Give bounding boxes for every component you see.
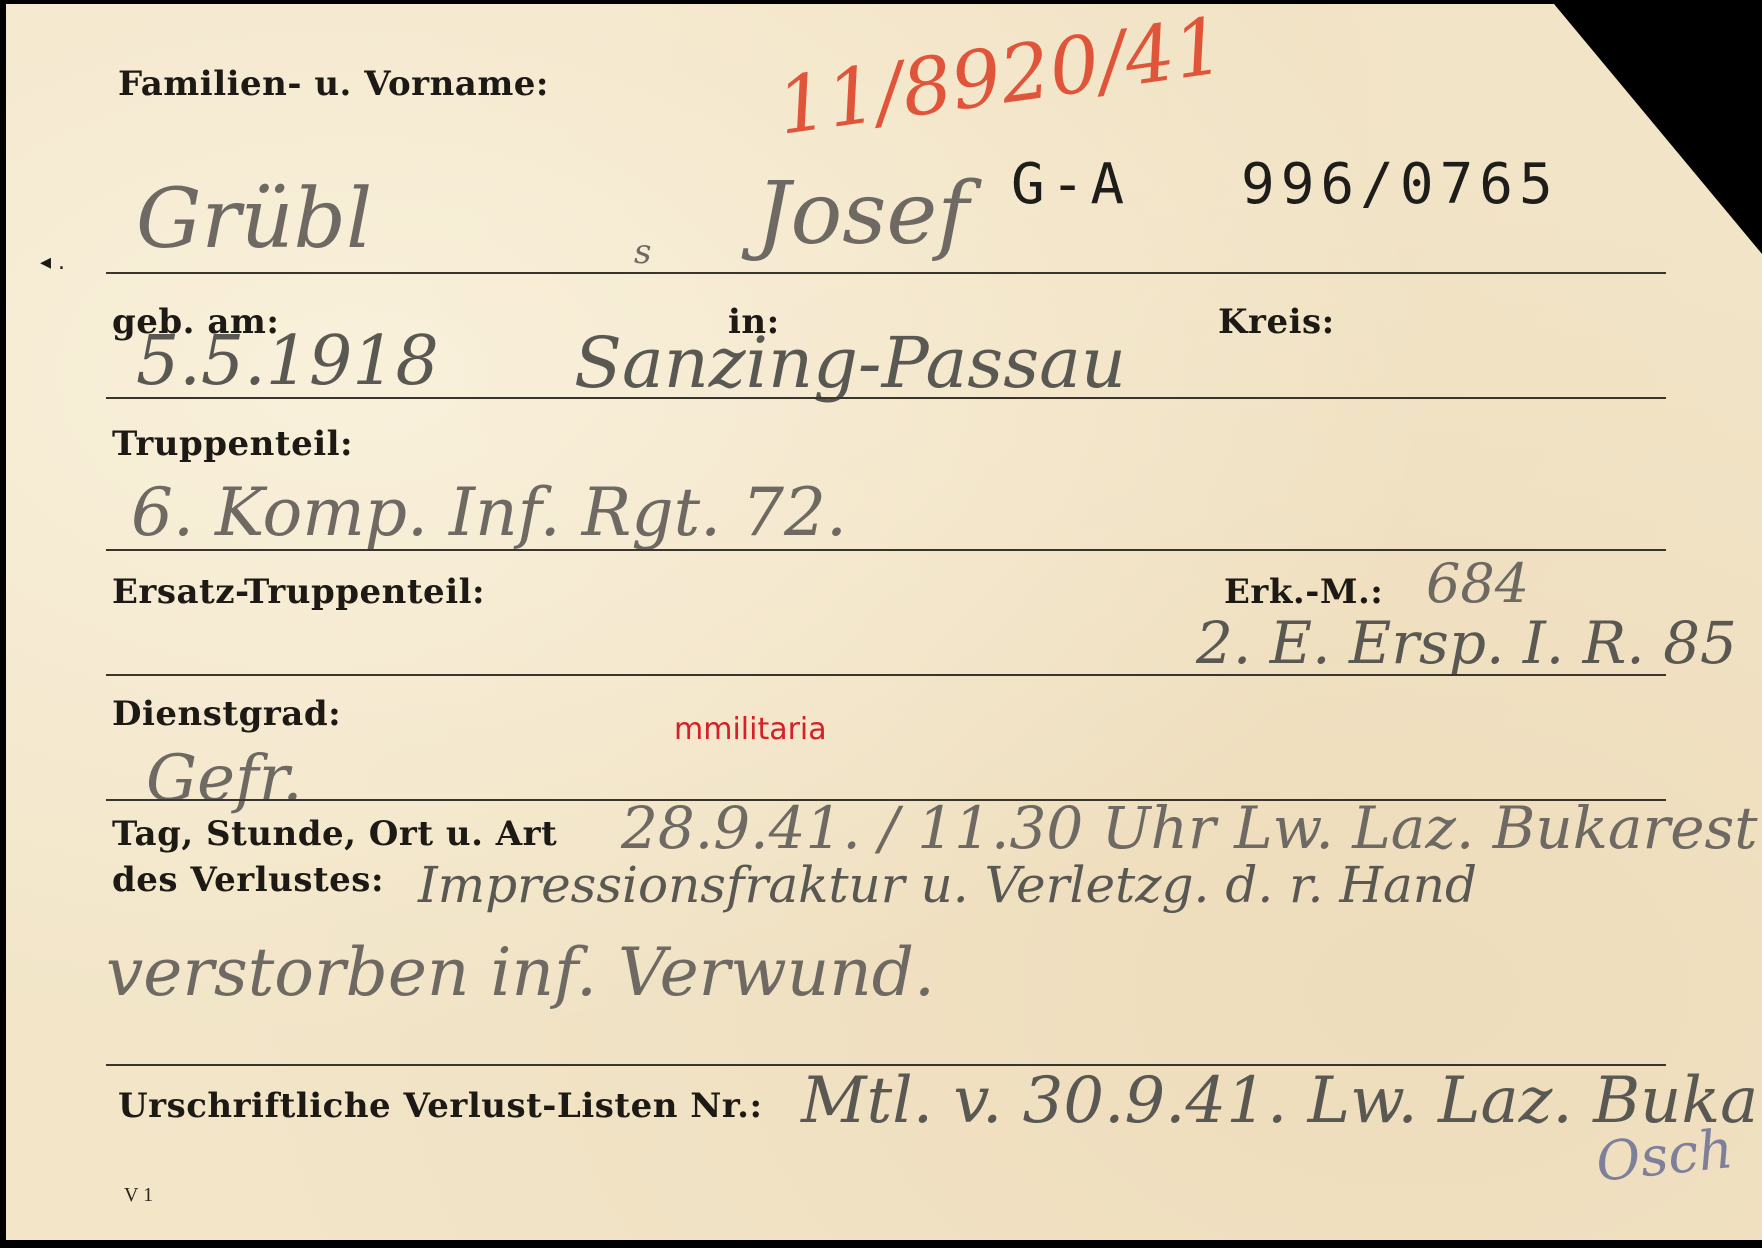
replacement-unit-label: Ersatz-Truppenteil:	[112, 572, 485, 612]
unit-underline	[106, 549, 1666, 551]
name-underline	[106, 272, 1666, 274]
loss-list-value: Mtl. v. 30.9.41. Lw. Laz. Bukarest	[801, 1064, 1762, 1138]
unit-label: Truppenteil:	[112, 424, 353, 464]
given-name-value: Josef	[756, 164, 969, 264]
birth-underline	[106, 397, 1666, 399]
loss-label-line2: des Verlustes:	[112, 860, 384, 900]
loss-list-label: Urschriftliche Verlust-Listen Nr.:	[118, 1086, 763, 1126]
form-code: V 1	[124, 1184, 153, 1207]
loss-details-line2: Impressionsfraktur u. Verletzg. d. r. Ha…	[418, 856, 1477, 914]
rank-value: Gefr.	[146, 742, 303, 816]
loss-details-line3: verstorben inf. Verwund.	[106, 934, 935, 1011]
stamp-prefix: G-A	[1011, 152, 1130, 217]
clerk-initials: Osch	[1593, 1117, 1736, 1194]
id-tag-label: Erk.-M.:	[1224, 572, 1383, 612]
birth-place-value: Sanzing-Passau	[574, 322, 1126, 404]
stamp-number: 996/0765	[1241, 152, 1559, 217]
replacement-unit-underline	[106, 674, 1666, 676]
name-label: Familien- u. Vorname:	[118, 64, 549, 104]
rank-label: Dienstgrad:	[112, 694, 341, 734]
watermark-text: mmilitaria	[674, 712, 827, 747]
surname-value: Grübl	[136, 172, 372, 267]
margin-arrow-mark: ◂ .	[40, 250, 65, 275]
unit-value: 6. Komp. Inf. Rgt. 72.	[131, 474, 847, 551]
red-reference-number: 11/8920/41	[772, 1, 1230, 153]
loss-label-line1: Tag, Stunde, Ort u. Art	[112, 814, 557, 854]
birth-date-value: 5.5.1918	[136, 322, 439, 401]
district-label: Kreis:	[1218, 302, 1335, 342]
id-tag-unit: 2. E. Ersp. I. R. 85	[1196, 609, 1737, 677]
id-tag-number: 684	[1426, 552, 1529, 615]
casualty-index-card: Familien- u. Vorname: 11/8920/41 G-A 996…	[6, 4, 1762, 1240]
birth-place-correction: s	[634, 232, 651, 272]
loss-details-line1: 28.9.41. / 11.30 Uhr Lw. Laz. Bukarest.	[621, 794, 1762, 862]
